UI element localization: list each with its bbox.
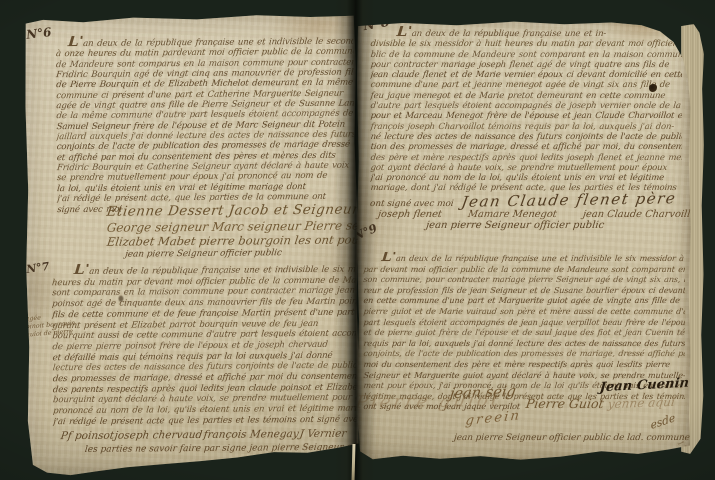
entry-record-6: L'an deux de la république française une… xyxy=(55,34,355,215)
signature-row: ont signé avec moi Jean Claude flenet pè… xyxy=(370,191,684,209)
manuscript-line: moi du consentement des père et mère res… xyxy=(363,359,685,370)
signature-row-entry7: Pf poinsot joseph chervaud françois Mene… xyxy=(61,428,347,442)
manuscript-line: j'ai prononcé au nom de la loi, qu'ils é… xyxy=(370,173,682,183)
signature-block-entry8: ont signé avec moi Jean Claude flenet pè… xyxy=(370,191,684,231)
signature-block-entry6: Etienne Dessert Jacob et Seigneur George… xyxy=(107,202,359,260)
margin-annotations: agéebinoit bourquinhuioi de pierre xyxy=(26,314,60,338)
officier-signature: jean pierre Seigneur officier public xyxy=(425,220,684,231)
ink-speck xyxy=(118,296,123,302)
manuscript-line: L'an deux de la république française une… xyxy=(363,252,685,264)
signature: Jean Claude flenet père xyxy=(460,189,677,211)
manuscript-line: françois joseph Charvoillot témoins requ… xyxy=(370,122,682,132)
signature: jean Claude Charvoillet xyxy=(582,209,701,220)
manuscript-line: blic de la commune de Mandeure sont comp… xyxy=(370,50,682,60)
manuscript-line: en cette commune d'une part et Marguerit… xyxy=(363,295,685,306)
manuscript-line: j'ai rédigé le présent acte que les part… xyxy=(53,414,357,427)
signature: Mamare Menegot xyxy=(467,209,557,220)
manuscript-line: part lesquels étoient accompagnés de jea… xyxy=(363,317,685,328)
manuscript-line: feu jaque menegot et de Marie pretot dem… xyxy=(370,91,682,101)
signature: Etienne Dessert Jacob et Seigneur xyxy=(106,202,360,220)
manuscript-scan: N°6 L'an deux de la république française… xyxy=(0,0,715,480)
manuscript-line: tion des promesses de mariage, dressé et… xyxy=(370,142,682,152)
margin-number-7: N°7 xyxy=(25,260,50,276)
manuscript-line: commune d'une part et jeanne menegot agé… xyxy=(370,80,682,90)
manuscript-line: got ayant déclaré à haute voix, se prend… xyxy=(370,163,682,173)
manuscript-line: pour et Marceau Menegot frère de l'épous… xyxy=(370,111,682,121)
manuscript-line: par devant moi officier public de la com… xyxy=(363,264,685,275)
manuscript-line: né lecture des actes de naissance des fu… xyxy=(370,132,682,142)
manuscript-line: huioi de pierre xyxy=(26,329,60,340)
manuscript-line: reur de profession fils de jean Seigneur… xyxy=(363,285,685,296)
manuscript-line: divisible le six messidor à huit heures … xyxy=(370,39,682,49)
officier-signature: jean pierre Seigneur officier public de … xyxy=(453,433,690,443)
manuscript-line: jean claude flenet et de Marie vernier é… xyxy=(370,70,682,80)
signature: Pf poinsot xyxy=(60,430,115,442)
faded-signature: yenne aqui xyxy=(607,395,676,411)
officier-signature: jean pierre Seigneur officier public xyxy=(124,248,359,260)
manuscript-line: pierre guiot et de Marie vuiraud son pèr… xyxy=(363,306,685,317)
right-page: N°8 L'an deux de la république française… xyxy=(356,19,692,461)
signature-row: joseph flenet Mamare Menegot jean Claude… xyxy=(378,209,684,220)
signature: J Vernier xyxy=(299,428,347,440)
closing-words: ont signé avec moi xyxy=(369,199,454,209)
signature: Elizabet Mabet pierre bourgoin les ont p… xyxy=(106,233,360,249)
signature: françois Menegay xyxy=(203,428,300,441)
manuscript-line: et de pierre guiot frère de l'épouse et … xyxy=(363,327,685,338)
manuscript-line: requis par la loi, auxquels j'ai donné l… xyxy=(363,338,685,349)
left-page: N°6 L'an deux de la république française… xyxy=(23,12,361,477)
edge-scribble: esde xyxy=(649,411,676,432)
entry-record-7: L'an deux de la république française une… xyxy=(51,262,356,428)
signature: jean seig xyxy=(449,384,517,402)
entry-record-8: L'an deux de la république française une… xyxy=(370,26,682,194)
manuscript-line: conjoints, de l'acte de publication des … xyxy=(363,348,685,359)
signature: joseph chervaud xyxy=(114,429,203,442)
manuscript-line: L'an deux de la république française une… xyxy=(370,26,682,39)
binding-thread xyxy=(352,444,356,480)
page-number-left: N°6 xyxy=(25,25,52,42)
manuscript-line: son commune, pour contracter mariage pie… xyxy=(363,274,685,285)
signature: joseph flenet xyxy=(377,209,442,220)
manuscript-line: pour contracter mariage joseph flenet ag… xyxy=(370,60,682,70)
signature: Pierre Guiot xyxy=(525,396,605,411)
manuscript-line: des père et mère respectifs après quoi l… xyxy=(370,153,682,163)
manuscript-line: d'autre part lesquels étoient accompagné… xyxy=(370,101,682,111)
